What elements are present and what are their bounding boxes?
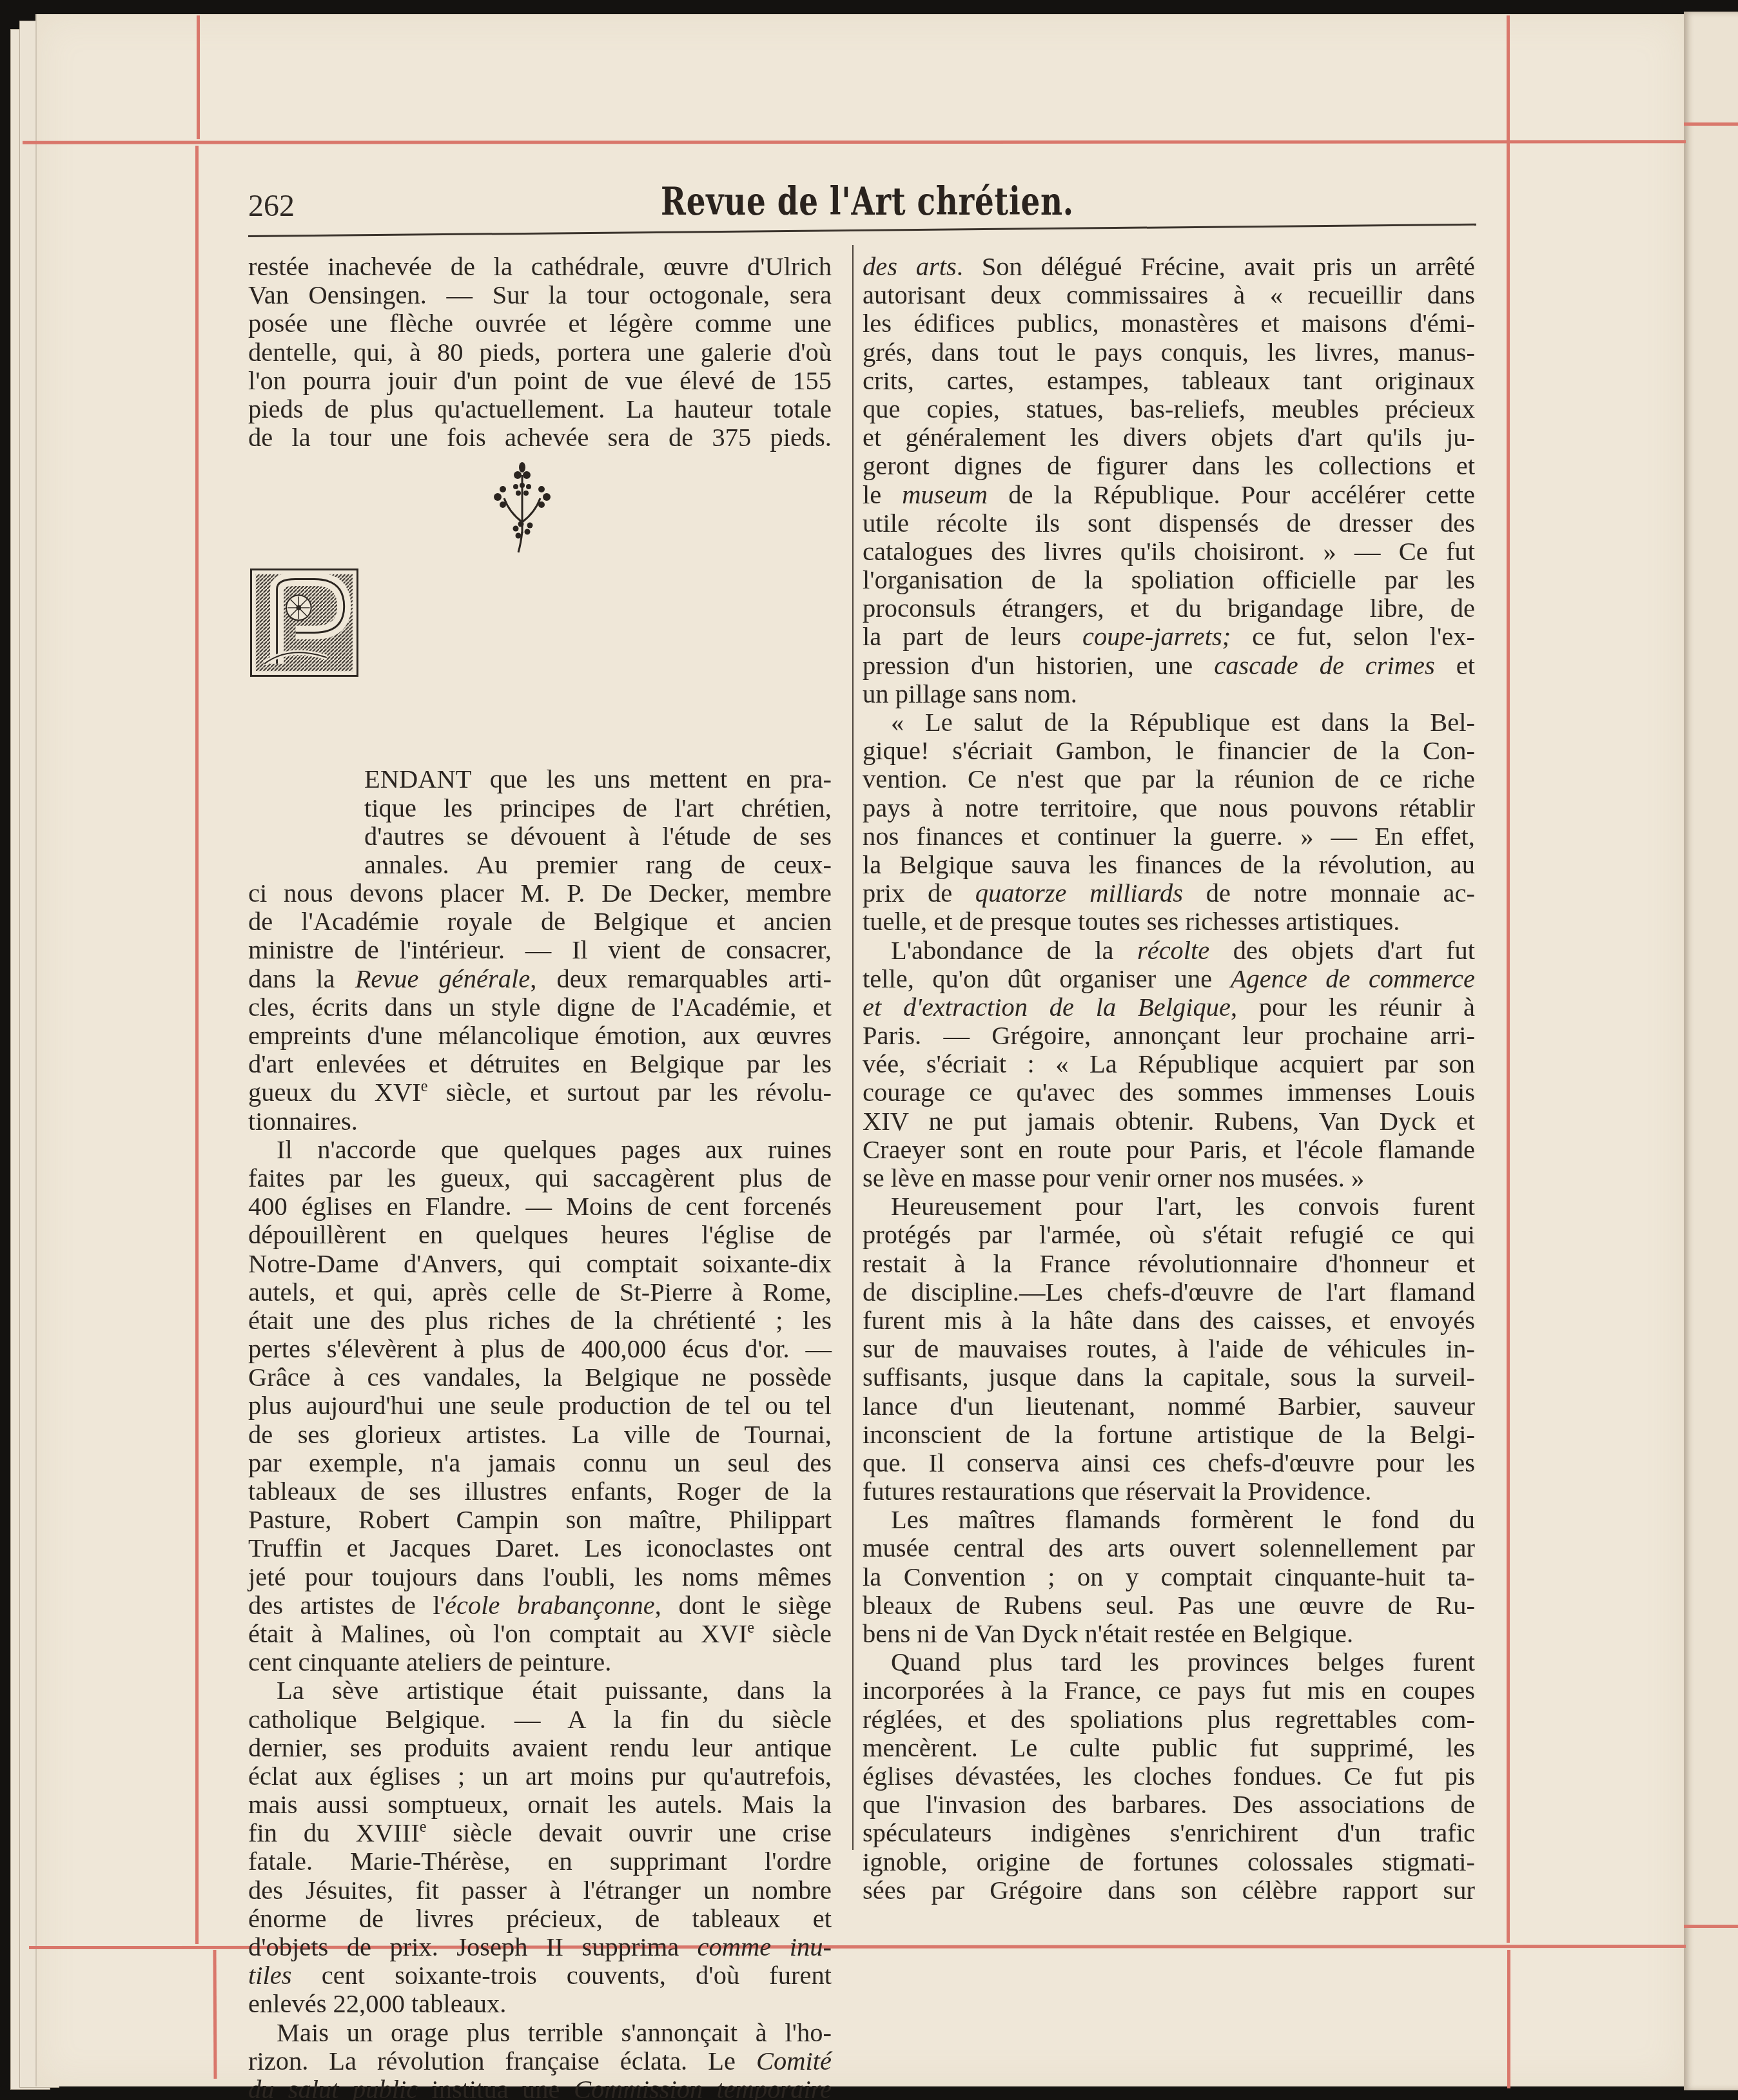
text-line: catalogues des livres qu'ils choisiront.… <box>863 538 1475 566</box>
text-line: les édifices publics, monastères et mais… <box>863 309 1475 338</box>
text-line: spéculateurs indigènes s'enrichirent d'u… <box>863 1819 1475 1847</box>
text-line: protégés par l'armée, où s'était refugié… <box>863 1221 1475 1249</box>
text-line: Quand plus tard les provinces belges fur… <box>863 1648 1475 1677</box>
text-line: crits, cartes, estampes, tableaux tant o… <box>863 367 1475 395</box>
text-line: se lève en masse pour venir orner nos mu… <box>863 1164 1475 1192</box>
text-line: gueux du XVIe siècle, et surtout par les… <box>248 1078 832 1107</box>
text-line: Pasture, Robert Campin son maître, Phili… <box>248 1506 832 1534</box>
text-line: « Le salut de la République est dans la … <box>863 708 1475 737</box>
text-line: la Belgique sauva les finances de la rév… <box>863 851 1475 879</box>
page-header: 262 Revue de l'Art chrétien. <box>248 174 1476 232</box>
paragraph-orage: Mais un orage plus terrible s'annonçait … <box>248 2019 832 2100</box>
text-line: faites par les gueux, qui saccagèrent pl… <box>248 1164 832 1192</box>
text-line: pertes s'élevèrent à plus de 400,000 écu… <box>248 1335 832 1363</box>
text-line: que copies, statues, bas-reliefs, meuble… <box>863 395 1475 423</box>
red-rule-left <box>195 146 199 1944</box>
paragraph-de-decker: ci nous devons placer M. P. De Decker, m… <box>248 879 832 1136</box>
text-line: mais aussi somptueux, ornait les autels.… <box>248 1791 832 1819</box>
running-title: Revue de l'Art chrétien. <box>661 179 1074 224</box>
text-line: annales. Au premier rang de ceux- <box>248 851 832 879</box>
text-line: nos finances et continuer la guerre. » —… <box>863 822 1475 851</box>
text-line: dans la Revue générale, deux remarquable… <box>248 965 832 993</box>
text-line: 400 églises en Flandre. — Moins de cent … <box>248 1192 832 1221</box>
text-line: la Convention ; on y comptait cinquante-… <box>863 1563 1475 1591</box>
text-line: plus aujourd'hui une seule production de… <box>248 1392 832 1420</box>
red-rule-facing <box>1684 122 1738 126</box>
text-line: prix de quatorze milliards de notre monn… <box>863 879 1475 908</box>
text-line: XIV ne put jamais obtenir. Rubens, Van D… <box>863 1107 1475 1136</box>
text-line: tique les principes de l'art chrétien, <box>248 794 832 822</box>
text-line: suffisants, jusque dans la capitale, sou… <box>863 1363 1475 1392</box>
paragraph-intro: restée inachevée de la cathédrale, œuvre… <box>248 253 832 452</box>
text-line: l'organisation de la spoliation officiel… <box>863 566 1475 594</box>
text-line: empreints d'une mélancolique émotion, au… <box>248 1022 832 1050</box>
text-line: jeté pour toujours dans l'oubli, les nom… <box>248 1563 832 1591</box>
text-line: par exemple, n'a jamais connu un seul de… <box>248 1449 832 1477</box>
text-line: pieds de plus qu'actuellement. La hauteu… <box>248 395 832 423</box>
text-line: d'art enlevées et détruites en Belgique … <box>248 1050 832 1078</box>
text-line: énorme de livres précieux, de tableaux e… <box>248 1905 832 1933</box>
right-column: des arts. Son délégué Frécine, avait pri… <box>863 253 1475 1905</box>
text-line: dentelle, qui, à 80 pieds, portera une g… <box>248 338 832 367</box>
red-rule-right-lower <box>1507 1950 1510 2088</box>
text-line: du salut public institua une Commission … <box>248 2076 832 2100</box>
text-line: restée inachevée de la cathédrale, œuvre… <box>248 253 832 281</box>
text-line: ignoble, origine de fortunes colossales … <box>863 1848 1475 1876</box>
text-line: des arts. Son délégué Frécine, avait pri… <box>863 253 1475 281</box>
text-line: enlevés 22,000 tableaux. <box>248 1990 832 2018</box>
text-line: futures restaurations que réservait la P… <box>863 1477 1475 1506</box>
text-line: vée, s'écriait : « La République acquier… <box>863 1050 1475 1078</box>
red-rule-right <box>1507 15 1510 1943</box>
text-line: églises dévastées, les cloches fondues. … <box>863 1762 1475 1791</box>
text-line: le museum de la République. Pour accélér… <box>863 481 1475 509</box>
text-line: cles, écrits dans un style digne de l'Ac… <box>248 993 832 1022</box>
text-line: autels, et qui, après celle de St-Pierre… <box>248 1278 832 1307</box>
text-line: cent cinquante ateliers de peinture. <box>248 1648 832 1677</box>
text-line: dernier, ses produits avaient rendu leur… <box>248 1734 832 1762</box>
text-line: réglées, et des spoliations plus regrett… <box>863 1706 1475 1734</box>
text-line: l'on pourra jouir d'un point de vue élev… <box>248 367 832 395</box>
text-line: des Jésuites, fit passer à l'étranger un… <box>248 1876 832 1905</box>
text-line: était une des plus riches de la chrétien… <box>248 1307 832 1335</box>
red-rule-left-upper <box>197 15 200 139</box>
text-line: et généralement les divers objets d'art … <box>863 423 1475 452</box>
text-line: Les maîtres flamands formèrent le fond d… <box>863 1506 1475 1534</box>
text-line: gique! s'écriait Gambon, le financier de… <box>863 737 1475 765</box>
red-rule-facing-bottom <box>1684 1925 1738 1928</box>
text-line: tuelle, et de presque toutes ses richess… <box>863 908 1475 936</box>
text-line: Mais un orage plus terrible s'annonçait … <box>248 2019 832 2047</box>
text-line: que. Il conserva ainsi ces chefs-d'œuvre… <box>863 1449 1475 1477</box>
text-line: Paris. — Grégoire, annonçant leur procha… <box>863 1022 1475 1050</box>
text-line: grés, dans tout le pays conquis, les liv… <box>863 338 1475 367</box>
text-line: Heureusement pour l'art, les convois fur… <box>863 1192 1475 1221</box>
ornament-spacer <box>248 452 832 765</box>
text-line: pression d'un historien, une cascade de … <box>863 652 1475 680</box>
text-line: fatale. Marie-Thérèse, en supprimant l'o… <box>248 1847 832 1876</box>
facing-page-edge <box>1684 12 1738 2090</box>
paragraph-maitres-flamands: Les maîtres flamands formèrent le fond d… <box>863 1506 1475 1648</box>
text-line: incorporées à la France, ce pays fut mis… <box>863 1677 1475 1705</box>
text-line: bleaux de Rubens seul. Pas une œuvre de … <box>863 1591 1475 1620</box>
text-line: rizon. La révolution française éclata. L… <box>248 2047 832 2076</box>
text-line: La sève artistique était puissante, dans… <box>248 1677 832 1705</box>
paragraph-seve-artistique: La sève artistique était puissante, dans… <box>248 1677 832 2018</box>
text-line: posée une flèche ouvrée et légère comme … <box>248 309 832 338</box>
paragraph-drop-cap: ENDANT que les uns mettent en pra-tique … <box>248 765 832 879</box>
text-line: tiles cent soixante-trois couvents, d'où… <box>248 1961 832 1990</box>
text-line: tionnaires. <box>248 1107 832 1136</box>
text-line: était à Malines, où l'on comptait au XVI… <box>248 1620 832 1648</box>
text-line: furent mis à la hâte dans des caisses, e… <box>863 1307 1475 1335</box>
page-number: 262 <box>248 188 295 224</box>
text-line: restait à la France révolutionnaire d'ho… <box>863 1250 1475 1278</box>
text-line: tableaux de ses illustres enfants, Roger… <box>248 1477 832 1506</box>
text-line: ci nous devons placer M. P. De Decker, m… <box>248 879 832 908</box>
text-line: un pillage sans nom. <box>863 680 1475 708</box>
paragraph-gambon: « Le salut de la République est dans la … <box>863 708 1475 937</box>
text-line: sées par Grégoire dans son célèbre rappo… <box>863 1876 1475 1905</box>
text-line: lance d'un lieutenant, nommé Barbier, sa… <box>863 1392 1475 1421</box>
paragraph-gueux: Il n'accorde que quelques pages aux ruin… <box>248 1136 832 1677</box>
paragraph-provinces: Quand plus tard les provinces belges fur… <box>863 1648 1475 1905</box>
text-line: fin du XVIIIe siècle devait ouvrir une c… <box>248 1819 832 1847</box>
text-line: de discipline.—Les chefs-d'œuvre de l'ar… <box>863 1278 1475 1307</box>
red-rule-left-lower <box>213 1950 217 2079</box>
text-line: éclat aux églises ; un art moins pur qu'… <box>248 1762 832 1791</box>
paragraph-convois: Heureusement pour l'art, les convois fur… <box>863 1192 1475 1506</box>
text-line: de l'Académie royale de Belgique et anci… <box>248 908 832 936</box>
text-line: Van Oensingen. — Sur la tour octogonale,… <box>248 281 832 309</box>
text-line: des artistes de l'école brabançonne, don… <box>248 1591 832 1620</box>
text-line: ministre de l'intérieur. — Il vient de c… <box>248 936 832 964</box>
text-line: d'objets de prix. Joseph II supprima com… <box>248 1933 832 1961</box>
text-line: et d'extraction de la Belgique, pour les… <box>863 993 1475 1022</box>
text-line: de la tour une fois achevée sera de 375 … <box>248 423 832 452</box>
text-line: Grâce à ces vandales, la Belgique ne pos… <box>248 1363 832 1392</box>
text-line: sur de mauvaises routes, à l'aide de véh… <box>863 1335 1475 1363</box>
text-line: utile récolte ils sont dispensés de dres… <box>863 509 1475 538</box>
text-line: dépouillèrent en quelques heures l'églis… <box>248 1221 832 1249</box>
text-line: Il n'accorde que quelques pages aux ruin… <box>248 1136 832 1164</box>
text-line: autorisant deux commissaires à « recueil… <box>863 281 1475 309</box>
text-line: mencèrent. Le culte public fut supprimé,… <box>863 1734 1475 1762</box>
text-line: Craeyer sont en route pour Paris, et l'é… <box>863 1136 1475 1164</box>
column-divider <box>852 245 854 1850</box>
text-line: ENDANT que les uns mettent en pra- <box>248 765 832 793</box>
text-line: inconscient de la fortune artistique de … <box>863 1421 1475 1449</box>
paragraph-frecine: des arts. Son délégué Frécine, avait pri… <box>863 253 1475 708</box>
text-line: de ses glorieux artistes. La ville de To… <box>248 1421 832 1449</box>
text-line: d'autres se dévouent à l'étude de ses <box>248 822 832 851</box>
text-line: Notre-Dame d'Anvers, qui comptait soixan… <box>248 1250 832 1278</box>
text-line: catholique Belgique. — A la fin du siècl… <box>248 1706 832 1734</box>
text-line: la part de leurs coupe-jarrets; ce fut, … <box>863 623 1475 651</box>
text-line: geront dignes de figurer dans les collec… <box>863 452 1475 480</box>
text-line: pays à notre territoire, que nous pouvon… <box>863 794 1475 822</box>
text-line: courage ce qu'avec des sommes immenses L… <box>863 1078 1475 1107</box>
text-line: vention. Ce n'est que par la réunion de … <box>863 765 1475 793</box>
text-line: Truffin et Jacques Daret. Les iconoclast… <box>248 1534 832 1562</box>
text-line: telle, qu'on dût organiser une Agence de… <box>863 965 1475 993</box>
text-line: musée central des arts ouvert solennelle… <box>863 1534 1475 1562</box>
left-column: restée inachevée de la cathédrale, œuvre… <box>248 253 832 2100</box>
text-line: L'abondance de la récolte des objets d'a… <box>863 937 1475 965</box>
paragraph-abondance: L'abondance de la récolte des objets d'a… <box>863 937 1475 1193</box>
text-line: bens ni de Van Dyck n'était restée en Be… <box>863 1620 1475 1648</box>
text-line: proconsuls étrangers, et du brigandage l… <box>863 594 1475 623</box>
text-line: que l'invasion des barbares. Des associa… <box>863 1791 1475 1819</box>
